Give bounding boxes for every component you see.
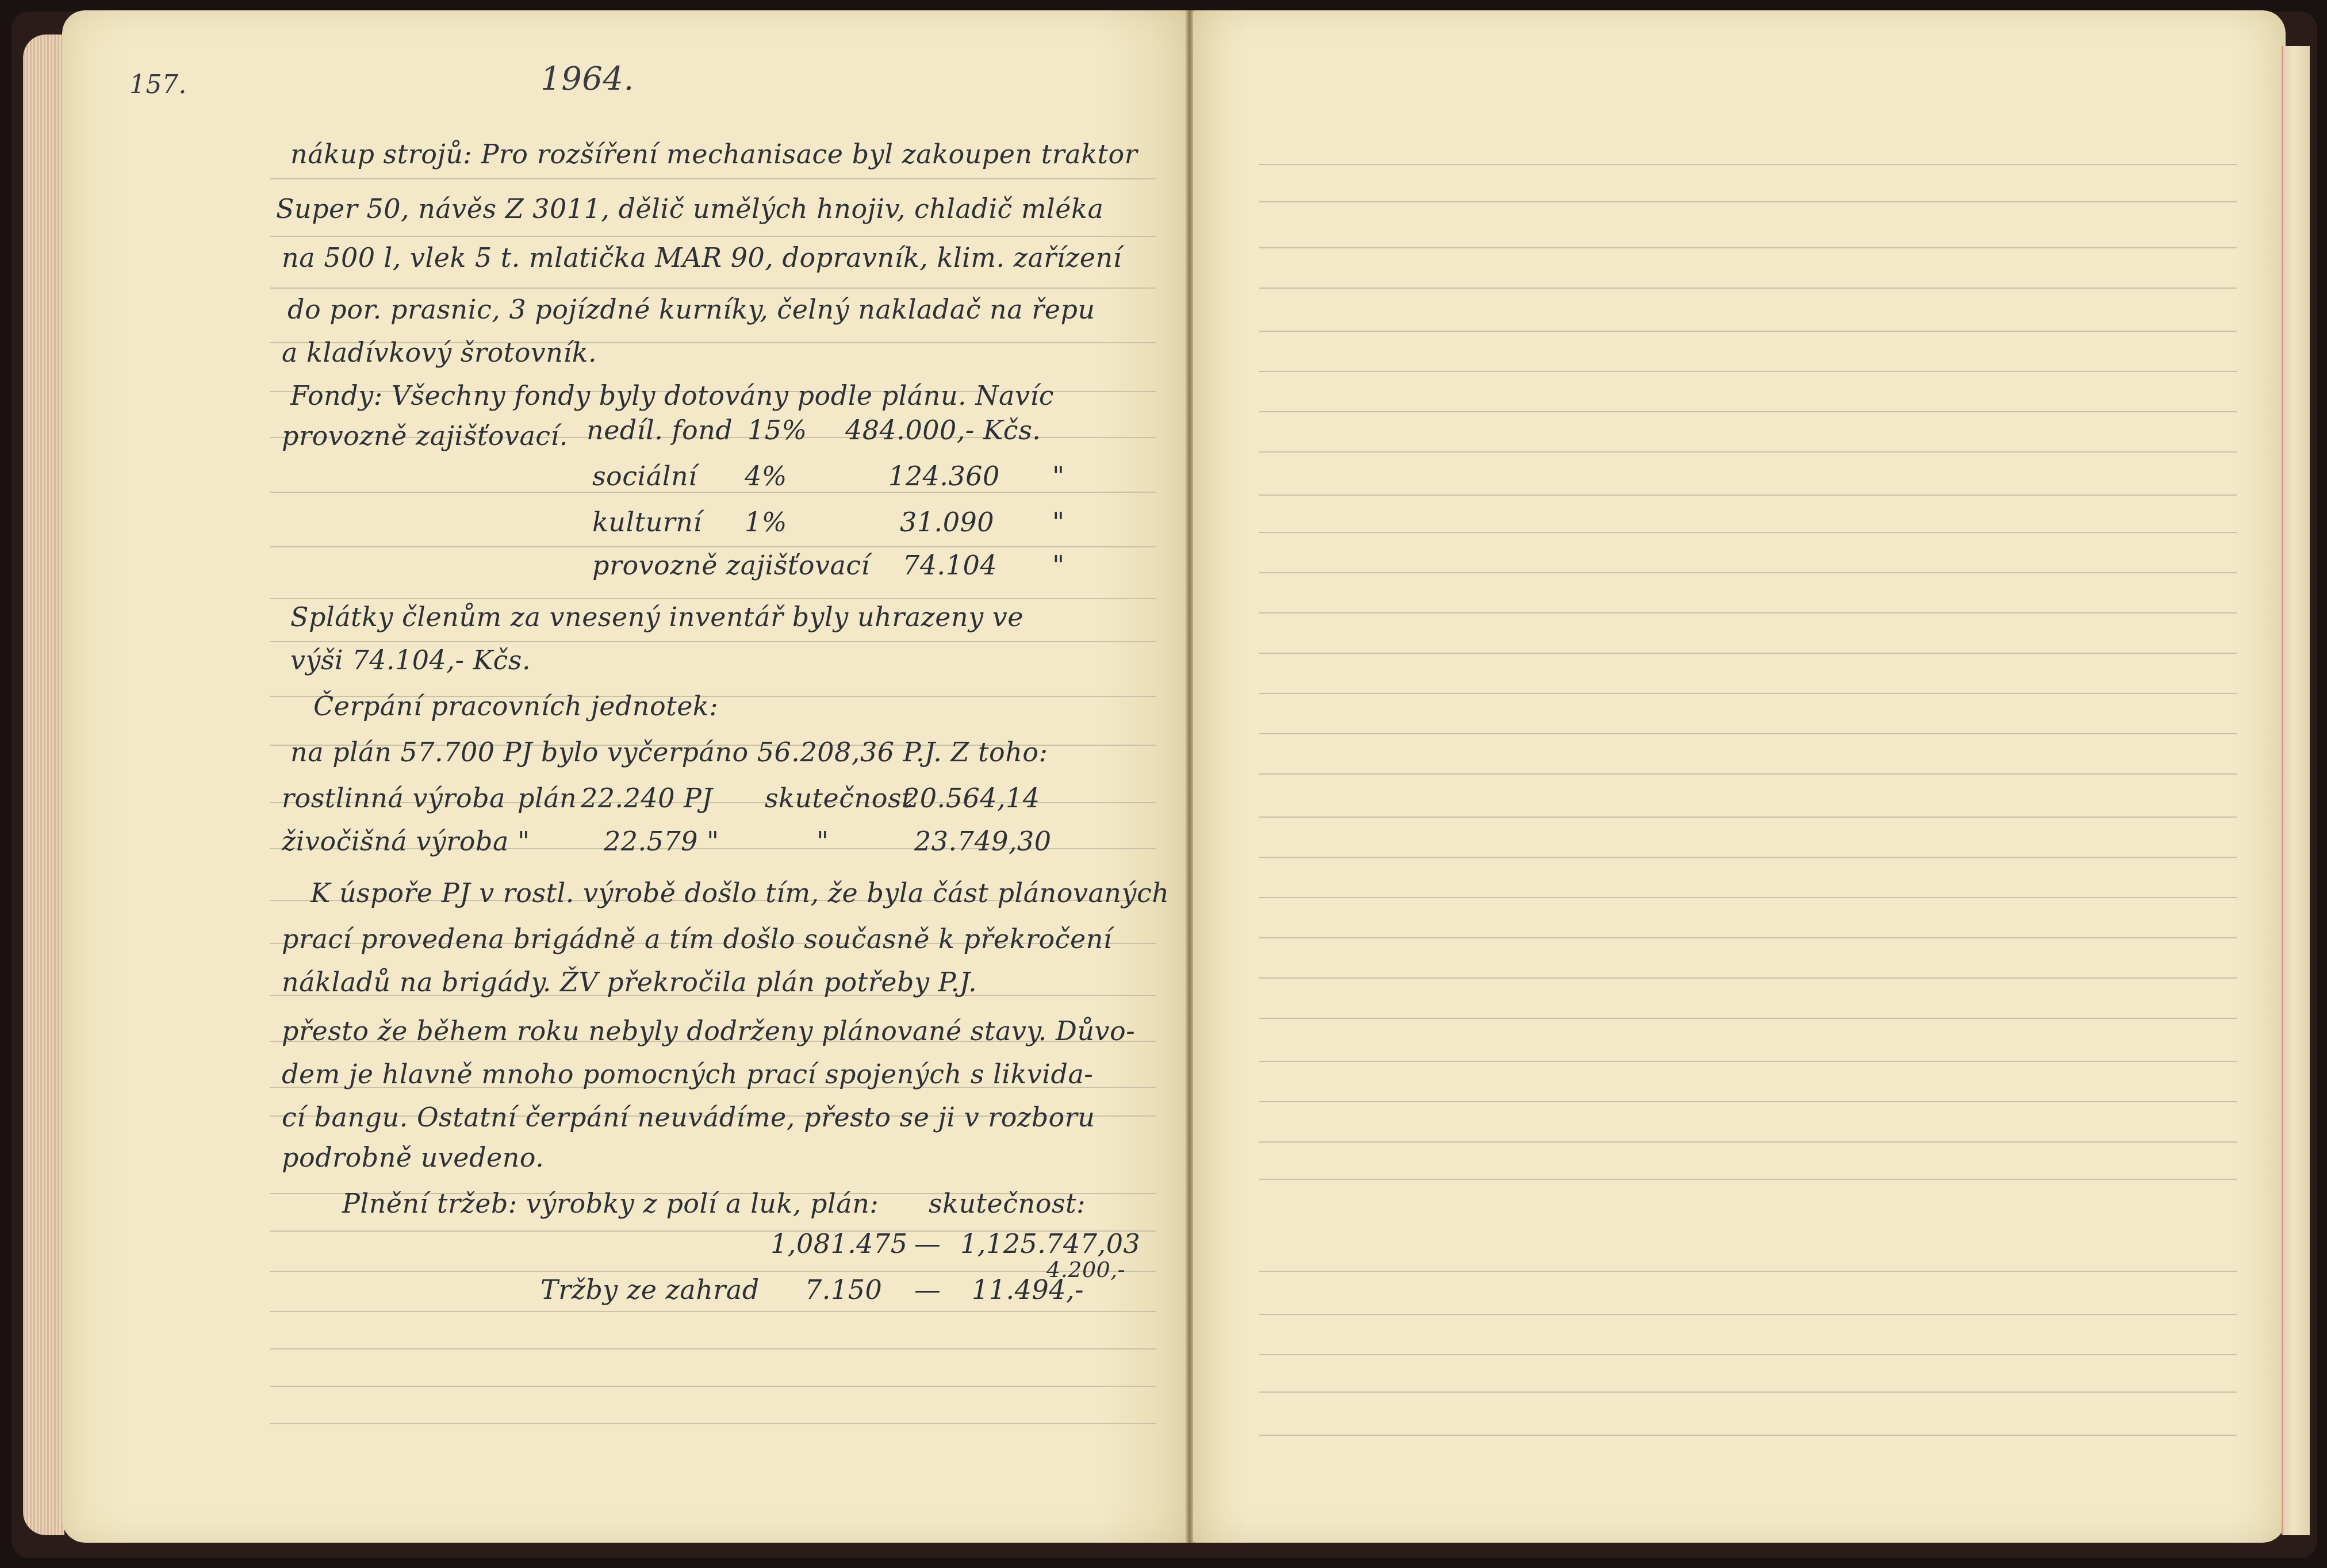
ditto-mark: " <box>1052 538 1065 593</box>
plan-value: 7.150 <box>805 1262 882 1317</box>
page-year: 1964. <box>540 52 634 107</box>
right-page-edge <box>2282 46 2310 1535</box>
left-page-stack-edge <box>23 34 64 1535</box>
plan-value: 22.579 " <box>604 814 719 869</box>
text-line: Super 50, návěs Z 3011, dělič umělých hn… <box>276 181 1103 236</box>
book-gutter <box>1186 10 1194 1543</box>
actual-value: 23.749,30 <box>914 814 1052 869</box>
text-line: nákladů na brigády. ŽV překročila plán p… <box>282 954 977 1010</box>
page-number: 157. <box>129 57 187 113</box>
row-label: Tržby ze zahrad <box>540 1262 760 1317</box>
right-page <box>1193 10 2286 1543</box>
actual-value: 11.494,- <box>972 1262 1084 1317</box>
text-line: na 500 l, vlek 5 t. mlatička MAR 90, dop… <box>282 230 1122 285</box>
row-label: živočišná výroba <box>282 814 509 869</box>
text-line: provozně zajišťovací. <box>282 408 568 463</box>
text-line: nákup strojů: Pro rozšíření mechanisace … <box>290 126 1137 182</box>
separator: — <box>914 1262 941 1317</box>
actual-label: skutečnost <box>765 770 913 826</box>
fund-amount: 74.104 <box>903 538 997 593</box>
actual-label: " <box>816 814 829 869</box>
fund-name: provozně zajišťovací <box>592 538 870 593</box>
plan-label: " <box>517 814 530 869</box>
